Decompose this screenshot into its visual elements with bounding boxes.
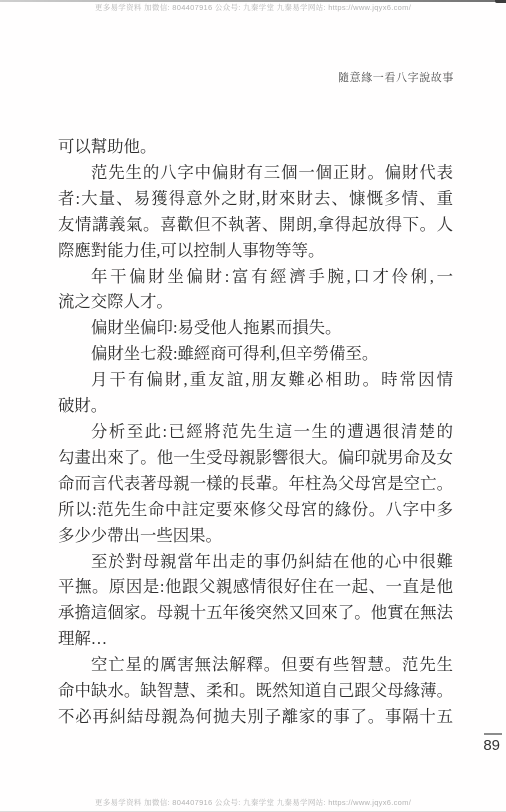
text-line: 可以幫助他。 [58,134,453,160]
page-number: 89 [483,737,500,754]
text-line: 勾畫出來了。他一生受母親影響很大。偏印就男命及女 [58,445,453,471]
text-line: 友情講義氣。喜歡但不執著、開朗,拿得起放得下。人 [58,212,453,238]
text-line: 偏財坐七殺:雖經商可得利,但辛勞備至。 [58,341,453,367]
text-line: 流之交際人才。 [58,289,453,315]
text-line: 理解… [58,626,453,652]
text-line: 命而言代表著母親一樣的長輩。年柱為父母宮是空亡。 [58,471,453,497]
text-line: 年干偏財坐偏財:富有經濟手腕,口才伶俐,一 [58,264,453,290]
text-line: 命中缺水。缺智慧、柔和。既然知道自己跟父母緣薄。 [58,678,453,704]
body-text: 可以幫助他。范先生的八字中偏財有三個一個正財。偏財代表者:大量、易獲得意外之財,… [58,134,453,730]
page-number-rule [484,733,502,735]
text-line: 承擔這個家。母親十五年後突然又回來了。他實在無法 [58,600,453,626]
text-line: 范先生的八字中偏財有三個一個正財。偏財代表 [58,160,453,186]
text-line: 不必再糾結母親為何拋夫別子離家的事了。事隔十五 [58,704,453,730]
text-line: 多少少帶出一些因果。 [58,523,453,549]
watermark-footer: 更多易学资料 加微信: 804407916 公众号: 九秦学堂 九秦易学网站: … [0,797,506,808]
text-line: 月干有偏財,重友誼,朋友難必相助。時常因情 [58,367,453,393]
chapter-title: 隨意緣一看八字說故事 [338,69,454,85]
text-line: 分析至此:已經將范先生這一生的遭遇很清楚的 [58,419,453,445]
text-line: 平撫。原因是:他跟父親感情很好住在一起、一直是他 [58,574,453,600]
text-line: 空亡星的厲害無法解釋。但要有些智慧。范先生 [58,652,453,678]
text-line: 偏財坐偏印:易受他人拖累而損失。 [58,315,453,341]
text-line: 際應對能力佳,可以控制人事物等等。 [58,238,453,264]
text-line: 者:大量、易獲得意外之財,財來財去、慷慨多情、重 [58,186,453,212]
text-line: 至於對母親當年出走的事仍糾結在他的心中很難 [58,549,453,575]
text-line: 所以:范先生命中註定要來修父母宮的緣份。八字中多 [58,497,453,523]
text-line: 破財。 [58,393,453,419]
book-page: 更多易学资料 加微信: 804407916 公众号: 九秦学堂 九秦易学网站: … [0,0,506,812]
watermark-header: 更多易学资料 加微信: 804407916 公众号: 九秦学堂 九秦易学网站: … [0,2,506,13]
